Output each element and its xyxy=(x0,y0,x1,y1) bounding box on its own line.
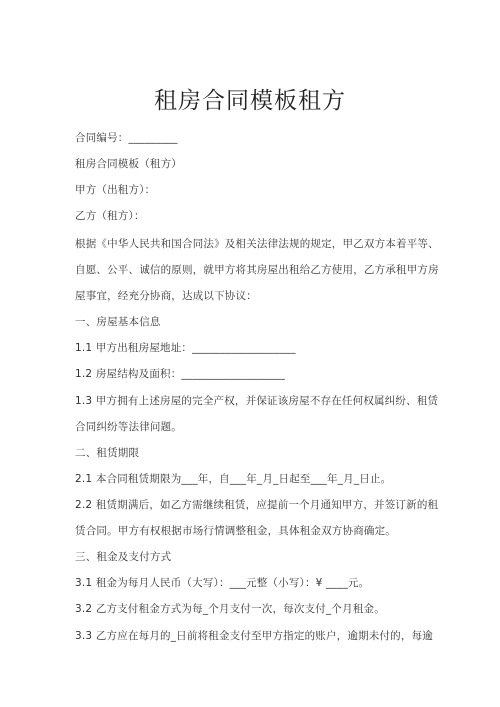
template-subtitle-line: 租房合同模板（租方） xyxy=(75,156,182,171)
clause-1-3-line-1: 1.3 甲方拥有上述房屋的完全产权，并保证该房屋不存在任何权属纠纷、租赁 xyxy=(75,393,438,408)
clause-1-3-line-2: 合同纠纷等法律问题。 xyxy=(75,419,182,434)
section-2-heading: 二、租赁期限 xyxy=(75,445,139,460)
contract-number-line: 合同编号：_________ xyxy=(75,130,178,145)
clause-3-1: 3.1 租金为每月人民币（大写）：___元整（小写）：¥ ____元。 xyxy=(75,575,369,590)
party-b-line: 乙方（租方）： xyxy=(75,208,145,223)
clause-1-2: 1.2 房屋结构及面积：___________________ xyxy=(75,366,285,381)
document-title: 租房合同模板租方 xyxy=(0,82,500,115)
clause-2-2-line-1: 2.2 租赁期满后，如乙方需继续租赁，应提前一个月通知甲方，并签订新的租 xyxy=(75,497,438,512)
clause-2-1: 2.1 本合同租赁期限为___年，自___年_月_日起至___年_月_日止。 xyxy=(75,471,391,486)
preamble-line-1: 根据《中华人民共和国合同法》及相关法律法规的规定，甲乙双方本着平等、 xyxy=(75,236,439,251)
clause-3-2: 3.2 乙方支付租金方式为每_个月支付一次，每次支付_个月租金。 xyxy=(75,601,385,616)
clause-1-1: 1.1 甲方出租房屋地址：___________________ xyxy=(75,340,296,355)
section-1-heading: 一、房屋基本信息 xyxy=(75,314,161,329)
clause-2-2-line-2: 赁合同。甲方有权根据市场行情调整租金，具体租金双方协商确定。 xyxy=(75,523,396,538)
preamble-line-2: 自愿、公平、诚信的原则，就甲方将其房屋出租给乙方使用，乙方承租甲方房 xyxy=(75,262,439,277)
section-3-heading: 三、租金及支付方式 xyxy=(75,549,171,564)
party-a-line: 甲方（出租方）： xyxy=(75,182,155,197)
clause-3-3-line-1: 3.3 乙方应在每月的_日前将租金支付至甲方指定的账户，逾期未付的，每逾 xyxy=(75,628,433,643)
preamble-line-3: 屋事宜，经充分协商，达成以下协议： xyxy=(75,288,257,303)
